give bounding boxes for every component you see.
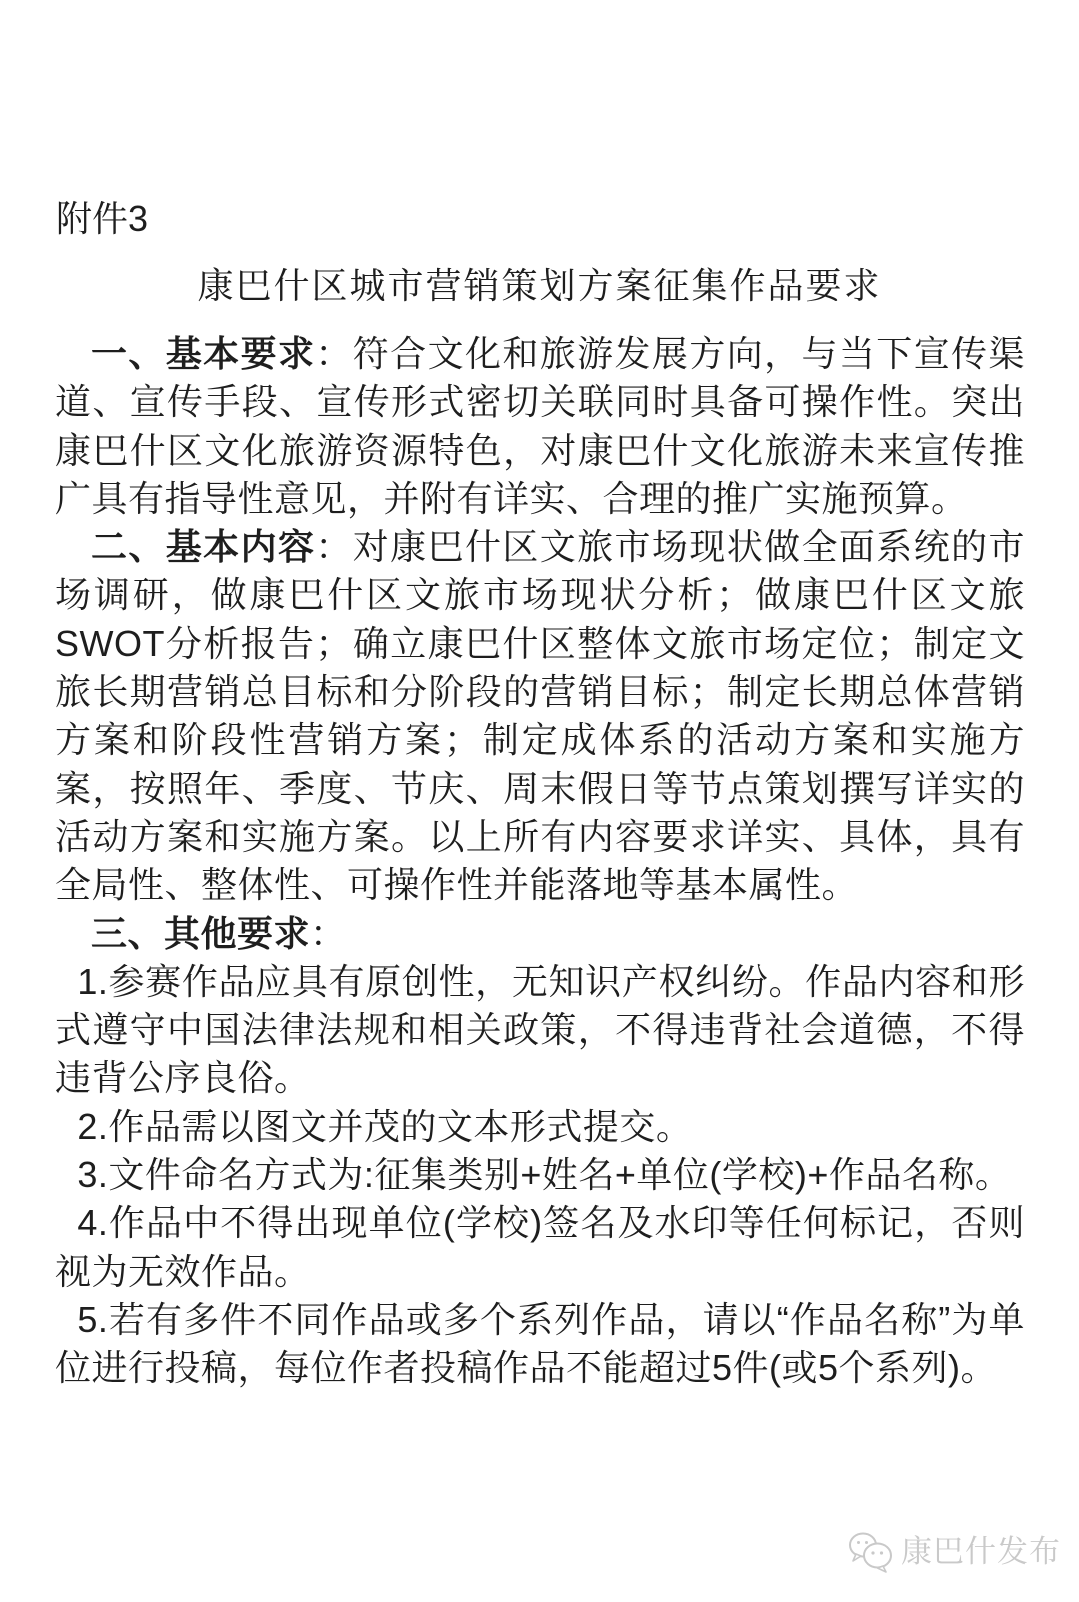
watermark: 康巴什发布 <box>846 1528 1061 1576</box>
document-page: 附件3 康巴什区城市营销策划方案征集作品要求 一、基本要求：符合文化和旅游发展方… <box>0 0 1079 1602</box>
document-title: 康巴什区城市营销策划方案征集作品要求 <box>0 262 1079 310</box>
requirement-item-3: 3.文件命名方式为:征集类别+姓名+单位(学校)+作品名称。 <box>55 1151 1025 1199</box>
paragraph-basic-requirements: 一、基本要求：符合文化和旅游发展方向，与当下宣传渠道、宣传手段、宣传形式密切关联… <box>55 330 1025 523</box>
requirement-item-5: 5.若有多件不同作品或多个系列作品，请以“作品名称”为单位进行投稿，每位作者投稿… <box>55 1296 1025 1393</box>
section-separator-1: ： <box>315 333 352 374</box>
section-heading-3: 三、其他要求 <box>91 913 310 954</box>
watermark-label: 康巴什发布 <box>901 1528 1061 1576</box>
paragraph-other-requirements-heading: 三、其他要求： <box>55 910 1025 958</box>
section-heading-1: 一、基本要求 <box>91 333 315 374</box>
requirement-item-4: 4.作品中不得出现单位(学校)签名及水印等任何标记，否则视为无效作品。 <box>55 1199 1025 1296</box>
section-heading-2: 二、基本内容 <box>91 526 315 567</box>
section-separator-3: ： <box>310 913 347 954</box>
section-body-2: 对康巴什区文旅市场现状做全面系统的市场调研，做康巴什区文旅市场现状分析；做康巴什… <box>55 526 1025 905</box>
wechat-icon <box>846 1528 894 1576</box>
requirement-item-2: 2.作品需以图文并茂的文本形式提交。 <box>55 1103 1025 1151</box>
section-separator-2: ： <box>315 526 352 567</box>
paragraph-basic-content: 二、基本内容：对康巴什区文旅市场现状做全面系统的市场调研，做康巴什区文旅市场现状… <box>55 523 1025 909</box>
requirement-item-1: 1.参赛作品应具有原创性，无知识产权纠纷。作品内容和形式遵守中国法律法规和相关政… <box>55 958 1025 1103</box>
attachment-label: 附件3 <box>56 195 148 243</box>
document-body: 一、基本要求：符合文化和旅游发展方向，与当下宣传渠道、宣传手段、宣传形式密切关联… <box>55 330 1025 1393</box>
